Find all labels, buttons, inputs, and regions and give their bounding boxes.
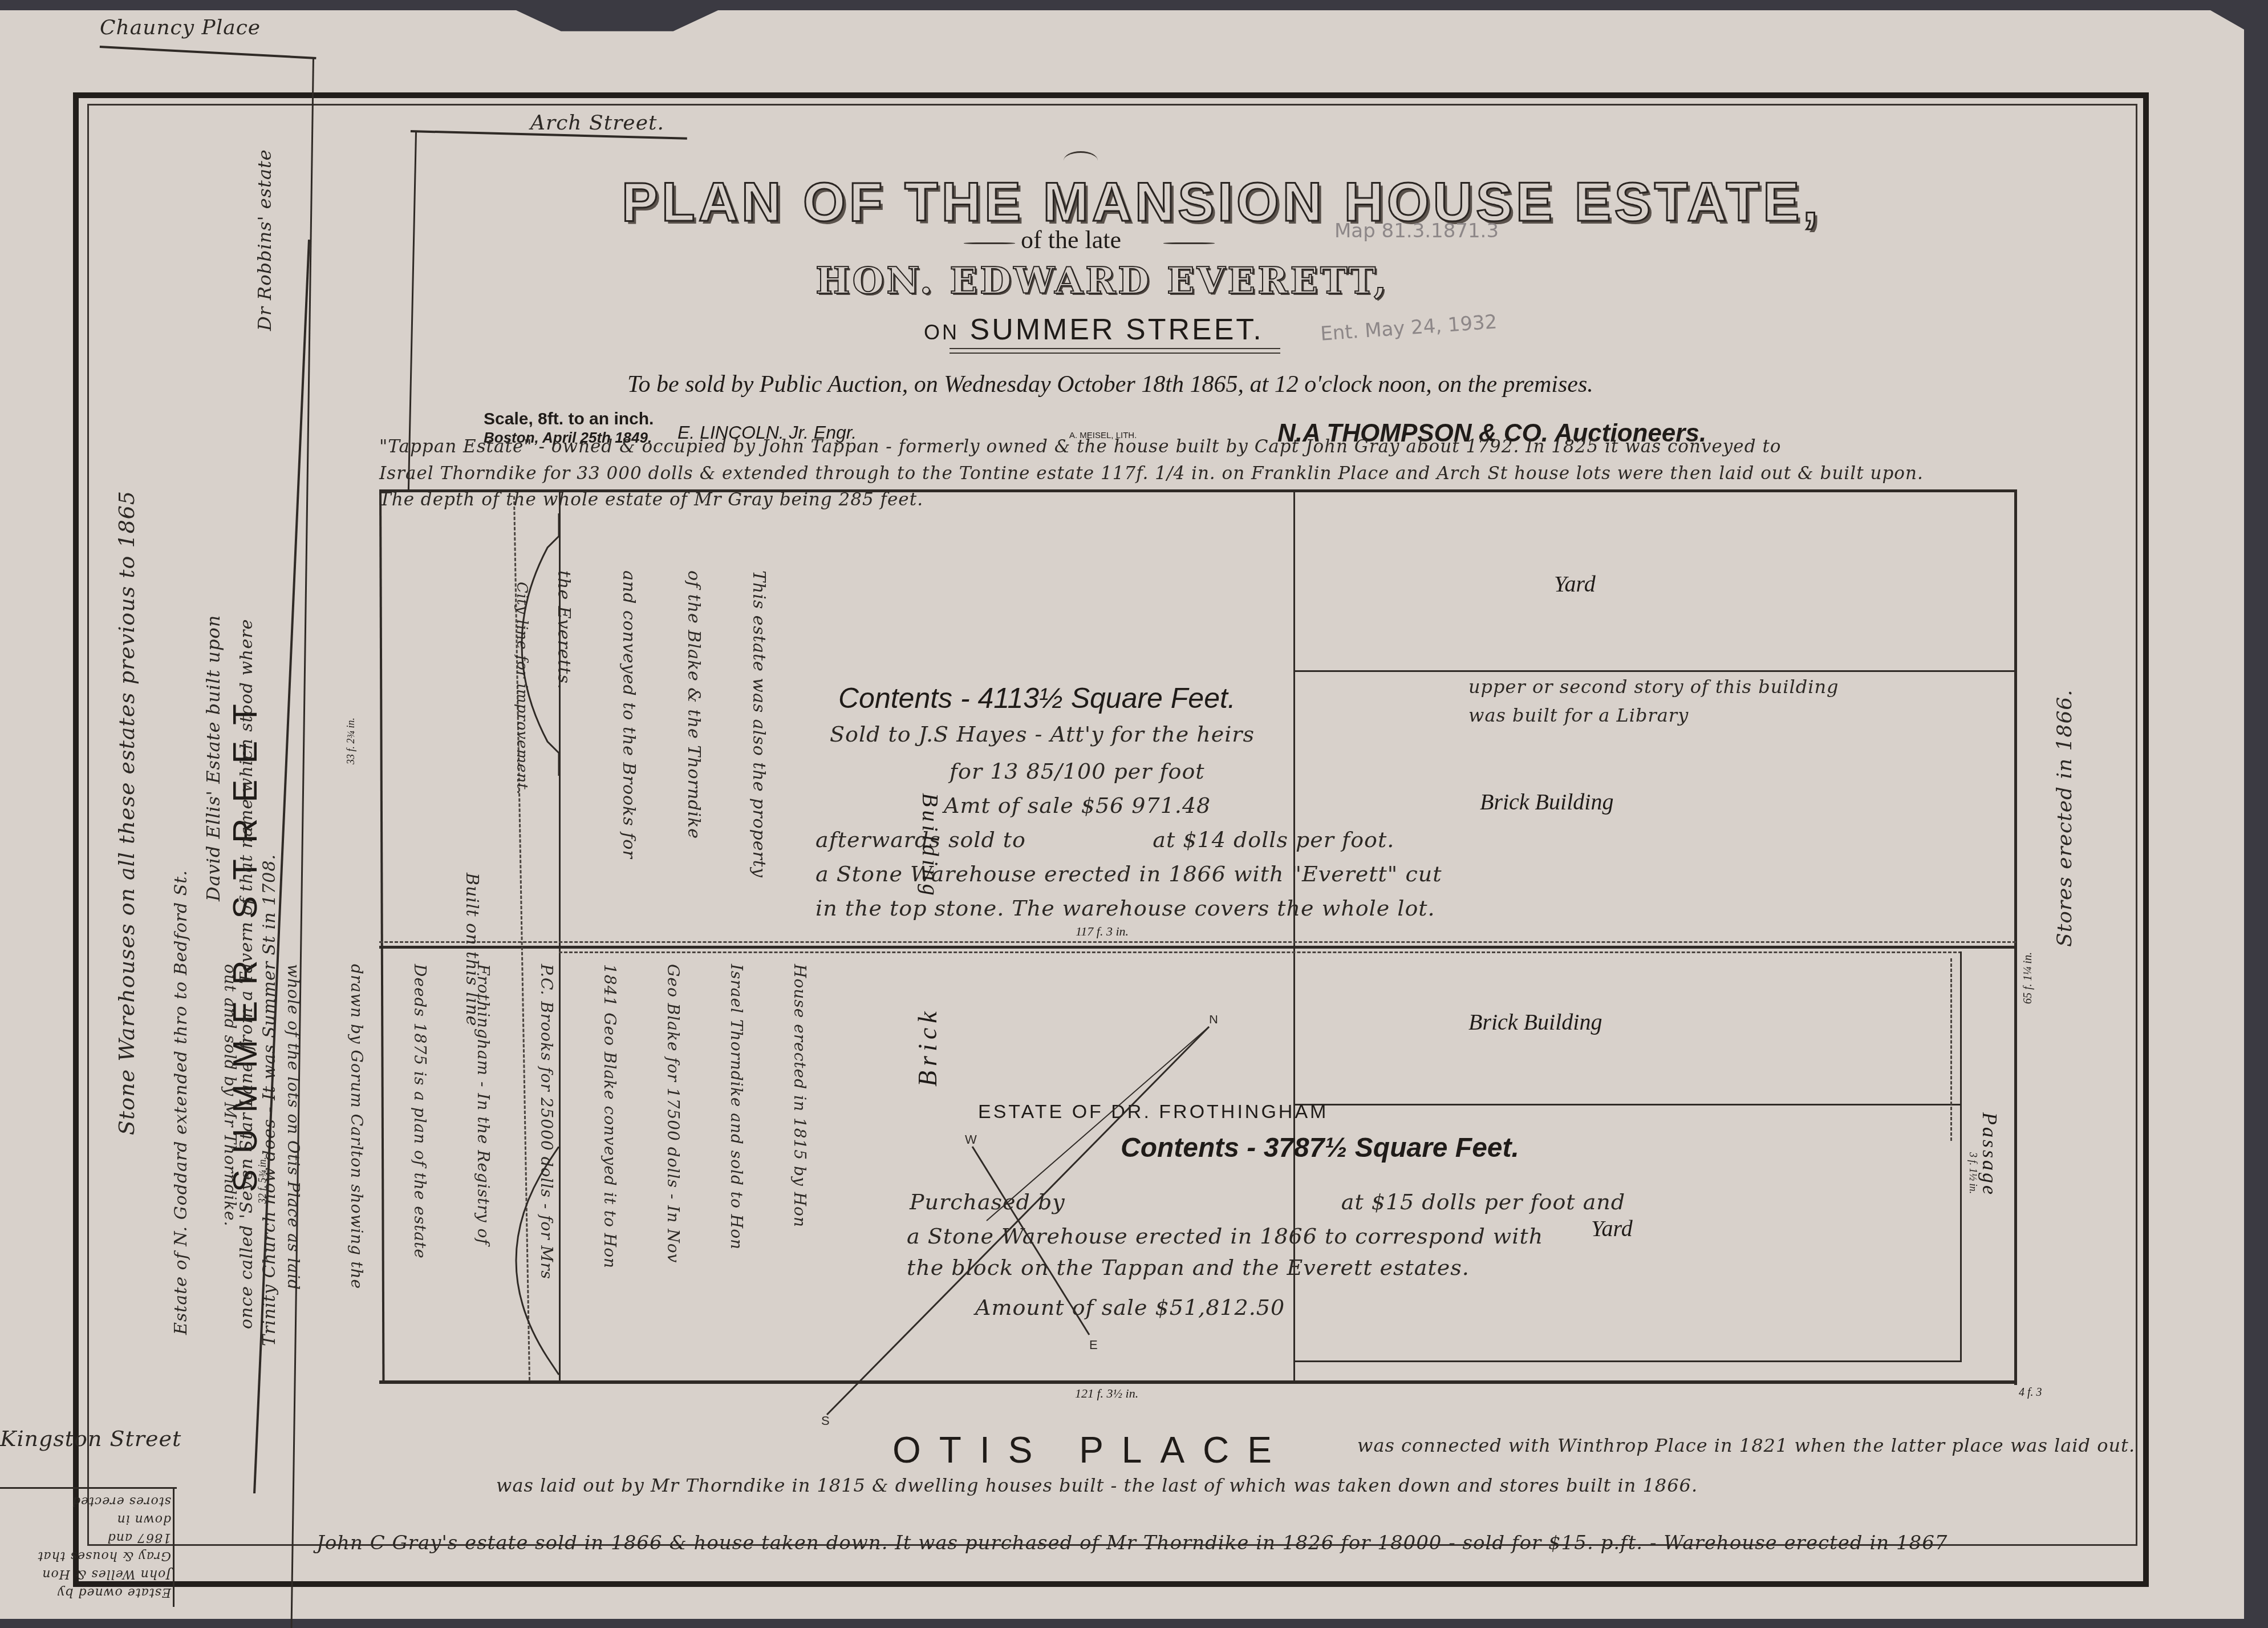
upper-note-6: in the top stone. The warehouse covers t… <box>815 896 1435 921</box>
lower-vertical-line-7: Deeds 1875 is a plan of the estate <box>409 964 431 1290</box>
ornament-top <box>1064 151 1098 170</box>
title-rule <box>950 348 1280 354</box>
chauncy-place-label: Chauncy Place <box>100 16 261 39</box>
dimension-corner: 4 f. 3 <box>2019 1386 2042 1399</box>
title-on: ON <box>924 321 959 344</box>
compass-e: E <box>1089 1338 1098 1352</box>
dr-robbins-note: Dr Robbins' estate <box>254 149 275 331</box>
lower-vertical-line-9: whole of the lots on Otis Place as laid <box>283 964 304 1290</box>
otis-note-2: was laid out by Mr Thorndike in 1815 & d… <box>496 1475 1698 1496</box>
upper-note-5: a Stone Warehouse erected in 1866 with "… <box>815 861 1442 886</box>
lower-vertical-line-4: 1841 Geo Blake conveyed it to Hon <box>599 964 620 1290</box>
city-line-note: City line for improvement. <box>513 582 530 795</box>
corner-box-top <box>0 1487 177 1489</box>
title-street: ON SUMMER STREET. <box>924 313 1264 347</box>
passage-line <box>1960 951 1962 1362</box>
yard-label-top: Yard <box>1554 570 1596 597</box>
compass-n: N <box>1209 1015 1218 1026</box>
header-note-line-1: "Tappan Estate" - owned & occupied by Jo… <box>379 436 1782 457</box>
lower-vertical-line-3: Geo Blake for 17500 dolls - In Nov <box>663 964 684 1290</box>
title-summer-street: SUMMER STREET. <box>969 313 1263 346</box>
header-note-line-2: Israel Thorndike for 33 000 dolls & exte… <box>379 463 1924 484</box>
ornament-right <box>1163 242 1215 244</box>
upper-vertical-line-2: of the Blake & the Thorndike <box>683 570 704 878</box>
kingston-street-label: Kingston Street <box>0 1426 181 1451</box>
upper-note-2: for 13 85/100 per foot <box>950 759 1205 784</box>
auction-line: To be sold by Public Auction, on Wednesd… <box>627 371 1593 398</box>
compass-needle: N W E S <box>815 1015 1226 1426</box>
upper-note-3: Amt of sale $56 971.48 <box>944 793 1211 818</box>
library-note-2: was built for a Library <box>1468 704 1689 726</box>
brick-building-label-1: Brick Building <box>1480 788 1613 815</box>
yard-bottom-line <box>1293 1360 1962 1362</box>
dimension-right: 65 f. 1¼ in. <box>2022 952 2035 1004</box>
david-ellis-note: David Ellis' Estate built upon <box>202 615 224 901</box>
pencil-catalog-number: Map 81.3.1871.3 <box>1334 220 1499 242</box>
upper-vertical-line-4: the Everetts. <box>553 570 574 878</box>
compass-s: S <box>821 1414 830 1426</box>
otis-note-1: was connected with Winthrop Place in 182… <box>1357 1435 2135 1456</box>
corner-note-4: 1867 and <box>0 1528 171 1546</box>
upper-note-1: Sold to J.S Hayes - Att'y for the heirs <box>830 722 1255 747</box>
ornament-left <box>964 242 1015 244</box>
corner-note-3: Gray & houses that <box>0 1546 171 1565</box>
upper-lot-contents: Contents - 4113½ Square Feet. <box>838 682 1236 715</box>
otis-place-label: OTIS PLACE <box>892 1429 1290 1471</box>
upper-vertical-note: This estate was also the property of the… <box>531 570 813 878</box>
title-name: HON. EDWARD EVERETT, <box>815 260 1389 302</box>
library-note-1: upper or second story of this building <box>1468 676 1839 698</box>
lower-vertical-note: House erected in 1815 by Hon Israel Thor… <box>198 964 853 1290</box>
stone-warehouses-note: Stone Warehouses on all these estates pr… <box>114 491 139 1135</box>
goddard-note: Estate of N. Goddard extended thro to Be… <box>171 870 191 1335</box>
plot-right-line <box>2014 489 2017 1385</box>
compass-w: W <box>965 1132 977 1147</box>
scale-label: Scale, 8ft. to an inch. <box>484 410 654 429</box>
upper-building-label: Building <box>917 793 944 899</box>
lower-vertical-line-5: P.C. Brooks for 25000 dolls - for Mrs <box>536 964 557 1290</box>
upper-note-4: afterwards sold to at $14 dolls per foot… <box>815 827 1394 852</box>
built-on-line-note: Built on this line <box>462 873 482 1026</box>
corner-note-6: stores erected <box>0 1492 171 1510</box>
passage-dimension: 3 f. 1½ in. <box>1967 1152 1979 1194</box>
lower-vertical-line-1: House erected in 1815 by Hon <box>789 964 810 1290</box>
lot-divider-horizontal <box>379 946 2016 949</box>
yard-label-bottom: Yard <box>1591 1215 1633 1242</box>
corner-box-note: Estate owned by John Welles & Hon Gray &… <box>0 1492 171 1601</box>
corner-box-right <box>173 1487 175 1607</box>
dashed-line-upper <box>379 941 2016 943</box>
corner-note-5: down in <box>0 1510 171 1528</box>
header-note-line-3: The depth of the whole estate of Mr Gray… <box>379 489 923 510</box>
upper-vertical-line-3: and conveyed to the Brooks for <box>618 570 639 878</box>
seven-star-note: once called 'Seven Star Lane' from a Tav… <box>237 619 257 1329</box>
lower-vertical-line-8: drawn by Gorum Carlton showing the <box>346 964 367 1290</box>
lower-vertical-line-2: Israel Thorndike and sold to Hon <box>726 964 747 1290</box>
passage-label: Passage <box>1978 1112 2002 1197</box>
arch-street-label: Arch Street. <box>530 111 664 135</box>
upper-vertical-line-1: This estate was also the property <box>748 570 769 878</box>
corner-note-1: Estate owned by <box>0 1583 171 1601</box>
building-divider <box>1293 1104 1961 1105</box>
brick-building-label-2: Brick Building <box>1468 1009 1602 1035</box>
dashed-line-lower <box>559 951 1962 953</box>
dimension-middle: 117 f. 3 in. <box>1072 924 1132 939</box>
title-of-the-late: of the late <box>1021 225 1121 254</box>
yard-divider <box>1293 670 2015 672</box>
trinity-note: Trinity Church now does - It was Summer … <box>259 854 279 1346</box>
footer-note: John C Gray's estate sold in 1866 & hous… <box>317 1532 1948 1554</box>
passage-dashed <box>1950 958 1952 1141</box>
title-main: PLAN OF THE MANSION HOUSE ESTATE, <box>622 171 1821 234</box>
stores-erected-note: Stores erected in 1866. <box>2053 689 2076 947</box>
corner-note-2: John Welles & Hon <box>0 1565 171 1583</box>
dimension-summer-1: 33 f. 2¾ in. <box>345 718 357 764</box>
